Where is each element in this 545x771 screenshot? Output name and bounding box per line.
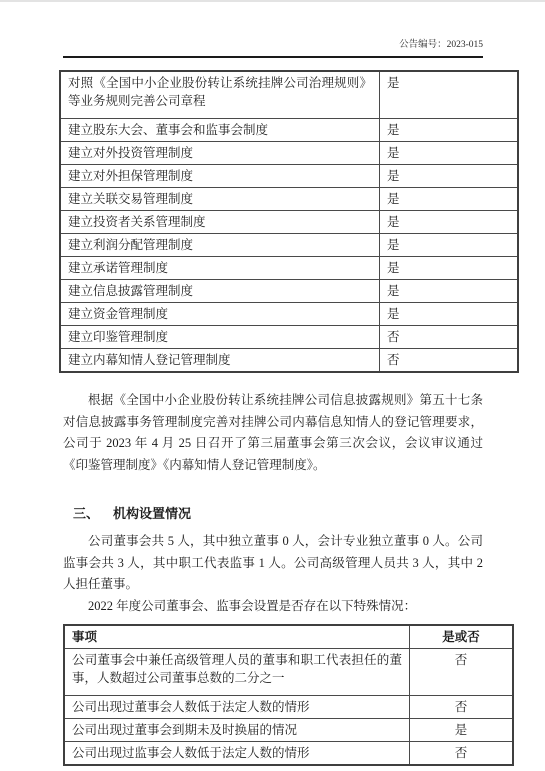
answer-cell: 是 (380, 142, 519, 165)
item-cell: 建立资金管理制度 (60, 303, 380, 326)
item-cell: 建立对外投资管理制度 (60, 142, 380, 165)
item-header-cell: 事项 (64, 625, 410, 649)
announcement-number: 公告编号：2023-015 (0, 36, 483, 50)
table-row: 公司出现过董事会到期未及时换届的情况 是 (64, 719, 513, 742)
answer-cell: 是 (380, 280, 519, 303)
answer-cell: 否 (410, 649, 514, 696)
table-row: 建立印鉴管理制度 否 (60, 326, 518, 349)
answer-cell: 是 (380, 71, 519, 119)
item-cell: 公司董事会中兼任高级管理人员的董事和职工代表担任的董事，人数超过公司董事总数的二… (64, 649, 410, 696)
item-cell: 建立印鉴管理制度 (60, 326, 380, 349)
table-row: 建立资金管理制度 是 (60, 303, 518, 326)
answer-cell: 是 (380, 303, 519, 326)
item-cell: 公司出现过董事会人数低于法定人数的情形 (64, 696, 410, 719)
item-cell: 建立承诺管理制度 (60, 257, 380, 280)
table-row: 建立对外投资管理制度 是 (60, 142, 518, 165)
answer-cell: 是 (380, 188, 519, 211)
paragraph-table-intro: 2022 年度公司董事会、监事会设置是否存在以下特殊情况： (63, 596, 483, 618)
table-row: 公司董事会中兼任高级管理人员的董事和职工代表担任的董事，人数超过公司董事总数的二… (64, 649, 513, 696)
answer-cell: 是 (380, 165, 519, 188)
section-number: 三、 (73, 506, 99, 521)
table-row: 建立关联交易管理制度 是 (60, 188, 518, 211)
answer-cell: 是 (380, 234, 519, 257)
table-row: 公司出现过董事会人数低于法定人数的情形 否 (64, 696, 513, 719)
answer-cell: 否 (410, 742, 514, 766)
answer-cell: 否 (410, 696, 514, 719)
answer-cell: 是 (380, 211, 519, 234)
answer-cell: 是 (380, 119, 519, 142)
paragraph-disclosure-rules: 根据《全国中小企业股份转让系统挂牌公司信息披露规则》第五十七条对信息披露事务管理… (63, 390, 483, 476)
table-row: 建立承诺管理制度 是 (60, 257, 518, 280)
item-cell: 对照《全国中小企业股份转让系统挂牌公司治理规则》等业务规则完善公司章程 (60, 71, 380, 119)
section-title: 机构设置情况 (113, 506, 191, 521)
answer-cell: 是 (380, 257, 519, 280)
item-cell: 建立信息披露管理制度 (60, 280, 380, 303)
answer-cell: 是 (410, 719, 514, 742)
answer-cell: 否 (380, 326, 519, 349)
item-cell: 建立内幕知情人登记管理制度 (60, 349, 380, 373)
item-cell: 建立利润分配管理制度 (60, 234, 380, 257)
section-heading: 三、机构设置情况 (73, 506, 483, 522)
table-row: 建立投资者关系管理制度 是 (60, 211, 518, 234)
item-cell: 建立对外担保管理制度 (60, 165, 380, 188)
special-situations-table: 事项 是或否 公司董事会中兼任高级管理人员的董事和职工代表担任的董事，人数超过公… (63, 624, 514, 766)
table-header-row: 事项 是或否 (64, 625, 513, 649)
paragraph-org-overview: 公司董事会共 5 人，其中独立董事 0 人，会计专业独立董事 0 人。公司监事会… (63, 531, 483, 596)
table-row: 建立信息披露管理制度 是 (60, 280, 518, 303)
item-cell: 公司出现过董事会到期未及时换届的情况 (64, 719, 410, 742)
table-row: 对照《全国中小企业股份转让系统挂牌公司治理规则》等业务规则完善公司章程 是 (60, 71, 518, 119)
table-row: 建立内幕知情人登记管理制度 否 (60, 349, 518, 373)
item-cell: 建立股东大会、董事会和监事会制度 (60, 119, 380, 142)
table-row: 公司出现过监事会人数低于法定人数的情形 否 (64, 742, 513, 766)
item-cell: 建立关联交易管理制度 (60, 188, 380, 211)
governance-systems-table: 对照《全国中小企业股份转让系统挂牌公司治理规则》等业务规则完善公司章程 是 建立… (59, 70, 519, 373)
table-row: 建立利润分配管理制度 是 (60, 234, 518, 257)
document-page: 公告编号：2023-015 对照《全国中小企业股份转让系统挂牌公司治理规则》等业… (0, 0, 545, 771)
table-row: 建立股东大会、董事会和监事会制度 是 (60, 119, 518, 142)
item-cell: 公司出现过监事会人数低于法定人数的情形 (64, 742, 410, 766)
table-row: 建立对外担保管理制度 是 (60, 165, 518, 188)
item-cell: 建立投资者关系管理制度 (60, 211, 380, 234)
header-divider (63, 56, 483, 58)
answer-header-cell: 是或否 (410, 625, 514, 649)
answer-cell: 否 (380, 349, 519, 373)
